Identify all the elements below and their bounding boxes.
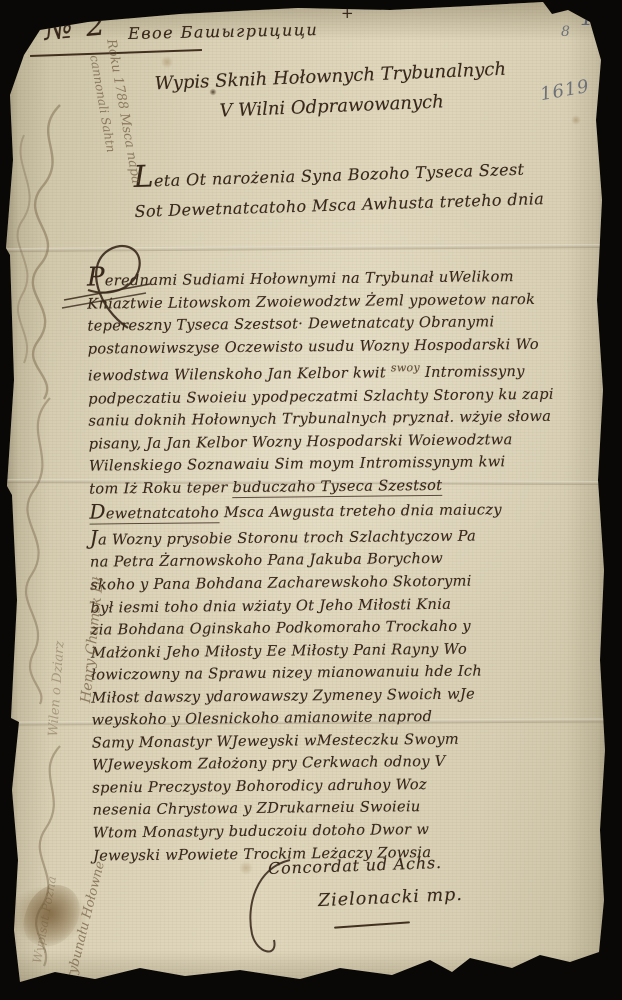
body-segment: łowiczowny na Sprawu nizey mianowanuiu h… xyxy=(91,663,482,684)
top-annotation: Евое Башыгрицици xyxy=(128,20,319,43)
body-segment: saniu doknih Hołownych Trybunalnych pryz… xyxy=(88,408,551,430)
margin-scribble xyxy=(0,390,70,710)
body-segment: Małżonki Jeho Miłosty Ee Miłosty Pani Ra… xyxy=(91,640,467,661)
folio-number-pencil-small: 8 xyxy=(561,24,570,40)
underlined-phrase: buduczaho Tyseca Szestsot xyxy=(232,477,442,498)
body-text: Perednami Sudiami Hołownymi na Trybunał … xyxy=(87,261,585,867)
cross-mark: + xyxy=(341,4,354,22)
body-segment: pisany, Ja Jan Kelbor Wozny Hospodarski … xyxy=(89,431,513,452)
body-segment: Intromissyny xyxy=(420,363,525,381)
body-segment: Miłost dawszy ydarowawszy Zymeney Swoich… xyxy=(91,685,475,706)
body-segment: nesenia Chrystowa y ZDrukarneiu Swoieiu xyxy=(92,799,420,819)
body-segment: iewodstwa Wilenskoho Jan Kelbor kwit xyxy=(88,364,391,384)
body-segment: Wtom Monastyry buduczoiu dotoho Dwor w xyxy=(93,821,430,842)
body-segment: tom Iż Roku teper xyxy=(89,479,233,498)
margin-scribble xyxy=(0,95,90,405)
body-segment: Msca Awgusta treteho dnia maiuczy xyxy=(219,502,502,522)
body-segment: WJeweyskom Założony pry Cerkwach odnoy V xyxy=(92,753,446,774)
document-title: Wypis Sknih Hołownych Trybunalnych V Wil… xyxy=(107,53,555,132)
archive-number: № 2 xyxy=(43,7,109,47)
body-segment: Kniaztwie Litowskom Zwoiewodztw Żeml ypo… xyxy=(87,290,535,312)
folio-number-pencil-large: 1 xyxy=(580,6,594,31)
body-segment: podpeczatiu Swoieiu ypodpeczatmi Szlacht… xyxy=(88,385,554,407)
body-segment: speniu Preczystoy Bohorodicy adruhoy Woz xyxy=(92,776,427,797)
body-segment: Perednami Sudiami Hołownymi na Trybunał … xyxy=(87,268,514,289)
underlined-phrase: Dewetnatcatoho xyxy=(89,505,219,525)
body-segment: postanowiwszyse Oczewisto usudu Wozny Ho… xyxy=(88,336,539,358)
body-segment: swoy xyxy=(391,361,420,374)
body-segment: skoho y Pana Bohdana Zacharewskoho Skoto… xyxy=(90,573,472,594)
body-segment: tepereszny Tyseca Szestsot· Dewetnatcaty… xyxy=(87,313,494,334)
body-segment: zia Bohdana Oginskaho Podkomoraho Trocka… xyxy=(91,618,471,639)
body-segment: Ja Wozny prysobie Storonu troch Szlachty… xyxy=(90,527,477,548)
signature-underline xyxy=(334,921,410,928)
dateline: Leta Ot narożenia Syna Bozoho Tyseca Sze… xyxy=(133,149,579,227)
body-segment: weyskoho y Olesnickoho amianowite naprod xyxy=(92,708,433,729)
body-segment: był iesmi toho dnia wżiaty Ot Jeho Miłos… xyxy=(90,595,451,616)
paper-sheet: № 2 Евое Башыгрицици + 8 1 Wypis Sknih H… xyxy=(0,0,622,1000)
scan-canvas: { "document": { "archive_number": "№ 2",… xyxy=(0,0,622,1000)
body-segment: na Petra Żarnowskoho Pana Jakuba Borycho… xyxy=(90,550,443,571)
body-segment: Samy Monastyr WJeweyski wMesteczku Swoym xyxy=(92,731,459,752)
signature: Zielonacki mp. xyxy=(318,885,464,911)
body-segment: Wilenskiego Soznawaiu Sim moym Intromiss… xyxy=(89,453,506,474)
